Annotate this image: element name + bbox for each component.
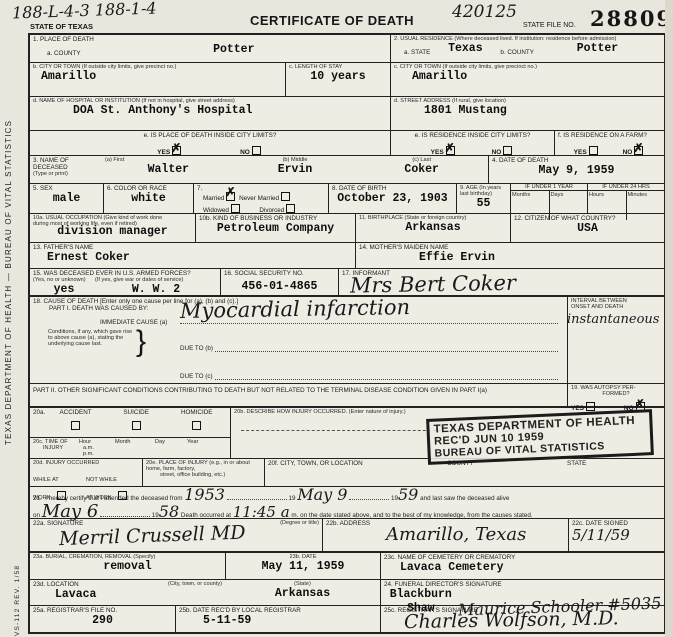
- residence-county-label: b. COUNTY: [500, 49, 534, 56]
- agency-vertical-text: TEXAS DEPARTMENT OF HEALTH — BUREAU OF V…: [4, 100, 13, 445]
- funeral-director-label: 24. FUNERAL DIRECTOR'S SIGNATURE: [384, 581, 661, 588]
- row-parents: 13. FATHER'S NAME Ernest Coker 14. MOTHE…: [30, 242, 664, 268]
- date-of-birth-cell: 8. DATE OF BIRTH October 23, 1903: [328, 184, 456, 213]
- under-24-hrs-label: IF UNDER 24 HRS: [588, 184, 664, 191]
- forces-war-value: W. W. 2: [95, 283, 217, 297]
- informant-signature: Mrs Bert Coker: [342, 268, 661, 298]
- certificate-form: 1. PLACE OF DEATH a. COUNTY Potter 2. US…: [28, 33, 666, 634]
- location-state-value: Arkansas: [228, 587, 377, 601]
- place-of-injury-cell: 20e. PLACE OF INJURY (e.g., in or about …: [142, 459, 264, 486]
- year-label: Year: [187, 439, 219, 459]
- row-location-director: 23d. LOCATION (City, town, or county) La…: [30, 579, 664, 605]
- cert-text-4: Death occurred at: [181, 512, 231, 519]
- widowed-checkbox: [231, 204, 240, 213]
- date-of-death-cell: 4. DATE OF DEATH May 9, 1959: [488, 156, 664, 183]
- row-injury-top: 20a. ACCIDENT SUICIDE HOMICIDE 20c. TIME…: [30, 406, 664, 458]
- farm-no-checkbox: ✗: [634, 146, 643, 155]
- place-of-injury-label: 20e. PLACE OF INJURY (e.g., in or about …: [146, 460, 261, 472]
- sex-value: male: [33, 192, 100, 206]
- interval-label2: ONSET AND DEATH: [571, 304, 661, 310]
- injury-city-cell: 20f. CITY, TOWN, OR LOCATION: [264, 459, 444, 486]
- citizen-value: USA: [514, 222, 661, 236]
- received-stamp: TEXAS DEPARTMENT OF HEALTH REC'D JUN 10 …: [426, 409, 654, 465]
- disposition-cell: 23a. BURIAL, CREMATION, REMOVAL (Specify…: [30, 553, 225, 579]
- name-sublabel: (Type or print): [33, 171, 105, 177]
- last-name-value: Coker: [358, 163, 485, 177]
- death-city-value: Amarillo: [33, 70, 282, 84]
- cemetery-label: 23c. NAME OF CEMETERY OR CREMATORY: [384, 554, 661, 561]
- describe-injury-cell: 20b. DESCRIBE HOW INJURY OCCURRED. (Ente…: [230, 408, 664, 458]
- birthplace-cell: 11. BIRTHPLACE (State or foreign country…: [355, 214, 510, 242]
- interval-value: instantaneous: [567, 312, 661, 327]
- accident-label: ACCIDENT: [45, 409, 106, 416]
- sex-label: 5. SEX: [33, 185, 100, 192]
- location-city-value: Lavaca: [33, 588, 222, 602]
- married-label: Married: [203, 195, 224, 202]
- occupation-cell: 10a. USUAL OCCUPATION (Give kind of work…: [30, 214, 195, 242]
- marital-label: 7.: [197, 185, 325, 192]
- place-of-death-county-cell: 1. PLACE OF DEATH a. COUNTY Potter: [30, 35, 390, 62]
- suicide-label: SUICIDE: [106, 409, 167, 416]
- under-24-hrs-cell: IF UNDER 24 HRS Hours Minutes: [587, 184, 664, 213]
- disposition-state-cell: (State) Arkansas: [225, 580, 380, 605]
- residence-city-cell: c. CITY OR TOWN (If outside city limits,…: [390, 63, 664, 96]
- death-city-cell: b. CITY OR TOWN (If outside city limits,…: [30, 63, 285, 96]
- state-file-no-label: STATE FILE NO.: [523, 22, 576, 29]
- death-city-limits-question: e. IS PLACE OF DEATH INSIDE CITY LIMITS?: [33, 132, 387, 139]
- occupation-value: division manager: [33, 225, 192, 239]
- cemetery-cell: 23c. NAME OF CEMETERY OR CREMATORY Lavac…: [380, 553, 664, 579]
- hospital-value: DOA St. Anthony's Hospital: [33, 104, 387, 118]
- cert-to-year-handwritten: 59: [398, 485, 418, 504]
- registrar-signature: Charles Wolfson, M.D.: [384, 607, 661, 634]
- accident-checkbox: [71, 421, 80, 430]
- injury-state-label: STATE: [567, 460, 661, 467]
- length-of-stay-cell: c. LENGTH OF STAY 10 years: [285, 63, 390, 96]
- county-label: a. COUNTY: [47, 50, 81, 57]
- disposition-value: removal: [33, 560, 222, 574]
- disposition-location-cell: 23d. LOCATION (City, town, or county) La…: [30, 580, 225, 605]
- row-signature: 22a. SIGNATURE (Degree or title) Merril …: [30, 518, 664, 551]
- race-label: 6. COLOR OR RACE: [107, 185, 190, 192]
- homicide-checkbox: [192, 421, 201, 430]
- death-certificate-scan: 188-L-4-3 188-1-4 STATE OF TEXAS CERTIFI…: [0, 0, 673, 637]
- citizen-label: 12. CITIZEN OF WHAT COUNTRY?: [514, 215, 661, 222]
- yes-label: YES: [157, 149, 170, 156]
- farm-yes-checkbox: [589, 146, 598, 155]
- residence-limits-no-checkbox: [503, 146, 512, 155]
- registrar-file-label: 25a. REGISTRAR'S FILE NO.: [33, 607, 172, 614]
- residence-limits-yes-checkbox: ✗: [446, 146, 455, 155]
- age-value: 55: [460, 197, 507, 211]
- conditions-brace: }: [136, 325, 146, 359]
- divorced-checkbox: [286, 204, 295, 213]
- mother-value: Effie Ervin: [359, 251, 661, 265]
- date-signed-value: 5/11/59: [572, 526, 661, 544]
- injury-line: [241, 430, 441, 431]
- due-to-b-label: DUE TO (b): [180, 345, 213, 352]
- row-forces-ssn: 15. WAS DECEASED EVER IN U.S. ARMED FORC…: [30, 268, 664, 295]
- widowed-label: Widowed: [203, 207, 229, 214]
- industry-cell: 10b. KIND OF BUSINESS OR INDUSTRY Petrol…: [195, 214, 355, 242]
- race-value: white: [107, 192, 190, 206]
- mother-label: 14. MOTHER'S MAIDEN NAME: [359, 244, 661, 251]
- autopsy-cell: 19. WAS AUTOPSY PER- FORMED? YES NO✗: [567, 384, 664, 406]
- registrar-date-value: 5-11-59: [179, 614, 377, 628]
- part2-cell: PART II. OTHER SIGNIFICANT CONDITIONS CO…: [30, 384, 567, 406]
- father-label: 13. FATHER'S NAME: [33, 244, 352, 251]
- no-label: NO: [240, 149, 250, 156]
- injury-a-label: 20a.: [33, 409, 45, 436]
- registrar-file-cell: 25a. REGISTRAR'S FILE NO. 290: [30, 606, 175, 632]
- residence-farm-question: f. IS RESIDENCE ON A FARM?: [558, 132, 661, 139]
- age-cell: 9. AGE (In years last birthday) 55: [456, 184, 510, 213]
- not-while-at-work-label: NOT WHILE: [86, 477, 117, 483]
- suicide-checkbox: [132, 421, 141, 430]
- row-registrar: 25a. REGISTRAR'S FILE NO. 290 25b. DATE …: [30, 605, 664, 632]
- disposition-date-cell: 23b. DATE May 11, 1959: [225, 553, 380, 579]
- father-cell: 13. FATHER'S NAME Ernest Coker: [30, 243, 355, 268]
- sex-cell: 5. SEX male: [30, 184, 103, 213]
- cert-text-5: m. on the date stated above, and to the …: [291, 512, 532, 519]
- divorced-label: Divorced: [259, 207, 284, 214]
- middle-name-value: Ervin: [232, 163, 359, 177]
- injury-type-time-cell: 20a. ACCIDENT SUICIDE HOMICIDE 20c. TIME…: [30, 408, 230, 458]
- residence-county-value: Potter: [534, 42, 661, 56]
- row-injury-place: 20d. INJURY OCCURRED WHILE AT WORK NOT W…: [30, 458, 664, 486]
- row-place-residence: 1. PLACE OF DEATH a. COUNTY Potter 2. US…: [30, 35, 664, 62]
- signature-label: 22a. SIGNATURE: [33, 520, 83, 527]
- row-city-limits: e. IS PLACE OF DEATH INSIDE CITY LIMITS?…: [30, 130, 664, 155]
- injury-city-label: 20f. CITY, TOWN, OR LOCATION: [268, 460, 441, 467]
- day-label: Day: [155, 439, 187, 459]
- father-value: Ernest Coker: [33, 251, 352, 265]
- row-occupation: 10a. USUAL OCCUPATION (Give kind of work…: [30, 213, 664, 242]
- residence-city-limits-cell: e. IS RESIDENCE INSIDE CITY LIMITS? YES✗…: [390, 131, 554, 155]
- registrar-file-value: 290: [33, 614, 172, 628]
- armed-forces-label: 15. WAS DECEASED EVER IN U.S. ARMED FORC…: [33, 270, 217, 277]
- row-certification: 21. I hereby certify that I attended the…: [30, 486, 664, 518]
- informant-cell: 17. INFORMANT Mrs Bert Coker: [338, 269, 664, 295]
- under-1-year-label: IF UNDER 1 YEAR: [511, 184, 587, 191]
- date-of-birth-label: 8. DATE OF BIRTH: [332, 185, 453, 192]
- death-city-limits-cell: e. IS PLACE OF DEATH INSIDE CITY LIMITS?…: [30, 131, 390, 155]
- registrar-signature-cell: 25c. REGISTRAR'S SIGNATURE Charles Wolfs…: [380, 606, 664, 632]
- hospital-cell: d. NAME OF HOSPITAL OR INSTITUTION (If n…: [30, 97, 390, 130]
- residence-city-limits-question: e. IS RESIDENCE INSIDE CITY LIMITS?: [394, 132, 551, 139]
- birthplace-value: Arkansas: [359, 221, 507, 235]
- row-part2: PART II. OTHER SIGNIFICANT CONDITIONS CO…: [30, 383, 664, 406]
- married-checkbox: ✗: [226, 192, 235, 201]
- citizen-cell: 12. CITIZEN OF WHAT COUNTRY? USA: [510, 214, 664, 242]
- street-address-cell: d. STREET ADDRESS (If rural, give locati…: [390, 97, 664, 130]
- cemetery-value: Lavaca Cemetery: [384, 561, 661, 575]
- immediate-cause-label: IMMEDIATE CAUSE (a): [100, 319, 167, 326]
- ssn-value: 456-01-4865: [224, 280, 335, 294]
- row-disposition: 23a. BURIAL, CREMATION, REMOVAL (Specify…: [30, 551, 664, 579]
- injury-occurred-label: 20d. INJURY OCCURRED: [33, 460, 139, 466]
- homicide-label: HOMICIDE: [166, 409, 227, 416]
- cause-a-line: [180, 323, 558, 324]
- location-label: 23d. LOCATION: [33, 581, 79, 588]
- page-title: CERTIFICATE OF DEATH: [250, 13, 414, 28]
- handwritten-file-numbers: 188-L-4-3 188-1-4: [12, 0, 157, 23]
- while-at-work-label: WHILE AT: [33, 477, 59, 483]
- length-of-stay-value: 10 years: [289, 70, 387, 84]
- industry-label: 10b. KIND OF BUSINESS OR INDUSTRY: [199, 215, 352, 222]
- ssn-cell: 16. SOCIAL SECURITY NO. 456-01-4865: [220, 269, 338, 295]
- certification-cell: 21. I hereby certify that I attended the…: [30, 487, 664, 518]
- death-limits-yes-checkbox: ✗: [172, 146, 181, 155]
- date-of-death-value: May 9, 1959: [492, 164, 661, 178]
- row-cause-of-death: 18. CAUSE OF DEATH [Enter only one cause…: [30, 295, 664, 383]
- first-name-value: Walter: [105, 163, 232, 177]
- part2-label: PART II. OTHER SIGNIFICANT CONDITIONS CO…: [33, 387, 564, 394]
- under-1-year-cell: IF UNDER 1 YEAR Months Days: [510, 184, 587, 213]
- disposition-date-value: May 11, 1959: [229, 560, 377, 574]
- never-married-checkbox: [281, 192, 290, 201]
- state-file-number-handwritten: 420125: [452, 2, 517, 22]
- checkmark: ✗: [171, 141, 181, 155]
- certificate-number: 28809: [590, 6, 673, 31]
- forces-value: yes: [33, 283, 95, 297]
- form-number-vertical: VS-112 REV. 1/58: [14, 552, 21, 636]
- residence-state-value: Texas: [430, 42, 500, 56]
- usual-residence-cell: 2. USUAL RESIDENCE (Where deceased lived…: [390, 35, 664, 62]
- marital-status-cell: 7. Married✗ Never Married Widowed Divorc…: [193, 184, 328, 213]
- residence-state-label: a. STATE: [404, 49, 430, 56]
- residence-city-value: Amarillo: [394, 70, 661, 84]
- row-sex-race: 5. SEX male 6. COLOR OR RACE white 7. Ma…: [30, 183, 664, 213]
- never-married-label: Never Married: [239, 195, 279, 202]
- physician-signature-cell: 22a. SIGNATURE (Degree or title) Merril …: [30, 519, 322, 551]
- date-of-birth-value: October 23, 1903: [332, 192, 453, 206]
- date-signed-cell: 22c. DATE SIGNED 5/11/59: [568, 519, 664, 551]
- physician-address-cell: 22b. ADDRESS Amarillo, Texas: [322, 519, 568, 551]
- physician-address: Amarillo, Texas: [326, 524, 565, 545]
- due-to-c-line: [215, 379, 558, 380]
- death-limits-no-checkbox: [252, 146, 261, 155]
- industry-value: Petroleum Company: [199, 222, 352, 236]
- name-label: 3. NAME OF DECEASED: [33, 157, 105, 171]
- due-to-b-line: [215, 351, 558, 352]
- interval-cell: INTERVAL BETWEEN ONSET AND DEATH instant…: [567, 297, 664, 383]
- armed-forces-cell: 15. WAS DECEASED EVER IN U.S. ARMED FORC…: [30, 269, 220, 295]
- cert-text-2: and last saw the deceased alive: [420, 495, 509, 502]
- race-cell: 6. COLOR OR RACE white: [103, 184, 193, 213]
- row-hospital: d. NAME OF HOSPITAL OR INSTITUTION (If n…: [30, 96, 664, 130]
- injury-occurred-cell: 20d. INJURY OCCURRED WHILE AT WORK NOT W…: [30, 459, 142, 486]
- conditions-note: Conditions, if any, which gave rise to a…: [48, 329, 136, 347]
- registrar-date-label: 25b. DATE REC'D BY LOCAL REGISTRAR: [179, 607, 377, 614]
- residence-farm-cell: f. IS RESIDENCE ON A FARM? YES NO✗: [554, 131, 664, 155]
- cause-of-death-cell: 18. CAUSE OF DEATH [Enter only one cause…: [30, 297, 567, 383]
- autopsy-label2: FORMED?: [571, 391, 661, 397]
- injury-county-label: COUNTY: [447, 460, 561, 467]
- date-of-death-label: 4. DATE OF DEATH: [492, 157, 661, 164]
- place-of-death-section-label: 1. PLACE OF DEATH: [33, 36, 387, 43]
- mother-cell: 14. MOTHER'S MAIDEN NAME Effie Ervin: [355, 243, 664, 268]
- registrar-date-cell: 25b. DATE REC'D BY LOCAL REGISTRAR 5-11-…: [175, 606, 380, 632]
- name-of-deceased-cell: 3. NAME OF DECEASED (Type or print) (a) …: [30, 156, 488, 183]
- row-city: b. CITY OR TOWN (If outside city limits,…: [30, 62, 664, 96]
- street-address-value: 1801 Mustang: [394, 104, 661, 118]
- funeral-director-cell: 24. FUNERAL DIRECTOR'S SIGNATURE Blackbu…: [380, 580, 664, 605]
- row-name: 3. NAME OF DECEASED (Type or print) (a) …: [30, 155, 664, 183]
- immediate-cause-value: Myocardial infarction: [180, 295, 410, 323]
- cert-number: 21.: [33, 495, 42, 502]
- county-value: Potter: [81, 43, 387, 57]
- injury-county-cell: COUNTY: [444, 459, 564, 486]
- cert-from-handwritten: 1953: [184, 485, 225, 504]
- location-sublabel: (City, town, or county): [168, 581, 222, 588]
- ssn-label: 16. SOCIAL SECURITY NO.: [224, 270, 335, 277]
- cert-text-3: on: [33, 512, 40, 519]
- month-label: Month: [115, 439, 155, 459]
- injury-state-cell: STATE: [564, 459, 664, 486]
- due-to-c-label: DUE TO (c): [180, 373, 213, 380]
- state-of-texas-label: STATE OF TEXAS: [30, 22, 93, 31]
- pm-label: p.m.: [79, 451, 115, 457]
- cert-to-handwritten: May 9: [297, 485, 347, 504]
